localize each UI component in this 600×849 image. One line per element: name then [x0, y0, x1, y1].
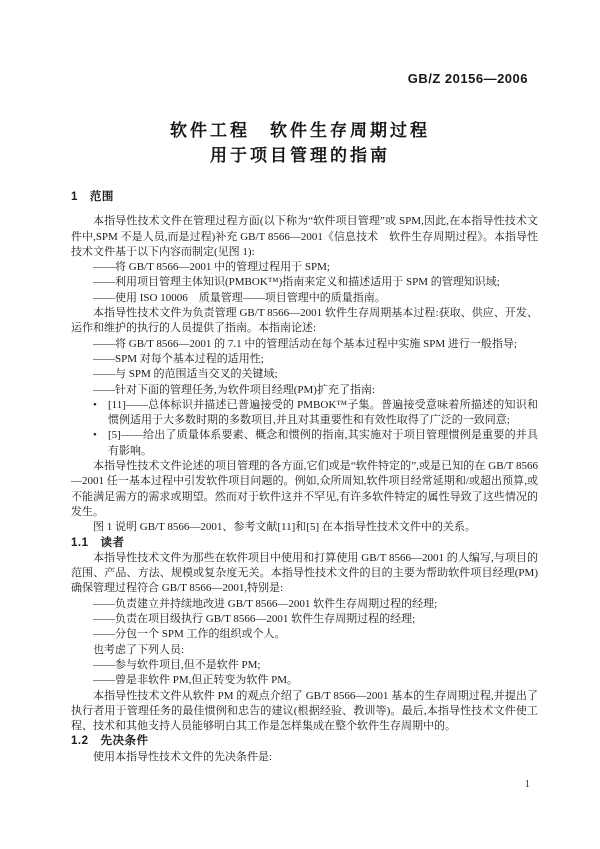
bullet-item-text: [5]——给出了质量体系要素、概念和惯例的指南,其实施对于项目管理惯例是重要的并… [108, 428, 538, 459]
bullet-item: • [11]——总体标识并描述已普遍接受的 PMBOK™子集。普遍接受意味着所描… [71, 398, 538, 429]
document-title: 软件工程 软件生存周期过程 用于项目管理的指南 [0, 118, 600, 168]
dash-item: ——使用 ISO 10006 质量管理——项目管理中的质量指南。 [71, 291, 538, 306]
dash-item: ——针对下面的管理任务,为软件项目经理(PM)扩充了指南: [71, 383, 538, 398]
dash-item: ——参与软件项目,但不是软件 PM; [71, 658, 538, 673]
paragraph: 本指导性技术文件在管理过程方面(以下称为“软件项目管理”或 SPM,因此,在本指… [71, 214, 538, 260]
paragraph: 图 1 说明 GB/T 8566—2001、参考文献[11]和[5] 在本指导性… [71, 520, 538, 535]
dash-item: ——将 GB/T 8566—2001 的 7.1 中的管理活动在每个基本过程中实… [71, 337, 538, 352]
dash-item: ——曾是非软件 PM,但正转变为软件 PM。 [71, 673, 538, 688]
bullet-item-text: [11]——总体标识并描述已普遍接受的 PMBOK™子集。普遍接受意味着所描述的… [108, 398, 538, 429]
paragraph: 也考虑了下列人员: [71, 643, 538, 658]
doc-number: GB/Z 20156—2006 [408, 71, 528, 86]
dash-item: ——负责在项目级执行 GB/T 8566—2001 软件生存周期过程的经理; [71, 612, 538, 627]
section-heading-readers: 1.1 读者 [71, 536, 538, 551]
paragraph: 本指导性技术文件为那些在软件项目中使用和打算使用 GB/T 8566—2001 … [71, 551, 538, 597]
bullet-item: • [5]——给出了质量体系要素、概念和惯例的指南,其实施对于项目管理惯例是重要… [71, 428, 538, 459]
bullet-icon: • [93, 398, 108, 429]
document-body: 1 范围 本指导性技术文件在管理过程方面(以下称为“软件项目管理”或 SPM,因… [71, 190, 538, 765]
section-heading-prerequisites: 1.2 先决条件 [71, 734, 538, 749]
title-line-1: 软件工程 软件生存周期过程 [0, 118, 600, 143]
page-number: 1 [525, 778, 531, 790]
dash-item: ——将 GB/T 8566—2001 中的管理过程用于 SPM; [71, 260, 538, 275]
dash-item: ——分包一个 SPM 工作的组织或个人。 [71, 627, 538, 642]
paragraph: 本指导性技术文件为负责管理 GB/T 8566—2001 软件生存周期基本过程:… [71, 306, 538, 337]
paragraph: 本指导性技术文件从软件 PM 的观点介绍了 GB/T 8566—2001 基本的… [71, 689, 538, 735]
document-page: GB/Z 20156—2006 软件工程 软件生存周期过程 用于项目管理的指南 … [0, 0, 600, 849]
section-heading-scope: 1 范围 [71, 190, 538, 205]
paragraph: 使用本指导性技术文件的先决条件是: [71, 750, 538, 765]
paragraph: 本指导性技术文件论述的项目管理的各方面,它们或是“软件特定的”,或是已知的在 G… [71, 459, 538, 520]
dash-item: ——与 SPM 的范围适当交叉的关键域; [71, 367, 538, 382]
dash-item: ——负责建立并持续地改进 GB/T 8566—2001 软件生存周期过程的经理; [71, 597, 538, 612]
dash-item: ——利用项目管理主体知识(PMBOK™)指南来定义和描述适用于 SPM 的管理知… [71, 275, 538, 290]
bullet-icon: • [93, 428, 108, 459]
dash-item: ——SPM 对每个基本过程的适用性; [71, 352, 538, 367]
title-line-2: 用于项目管理的指南 [0, 143, 600, 168]
